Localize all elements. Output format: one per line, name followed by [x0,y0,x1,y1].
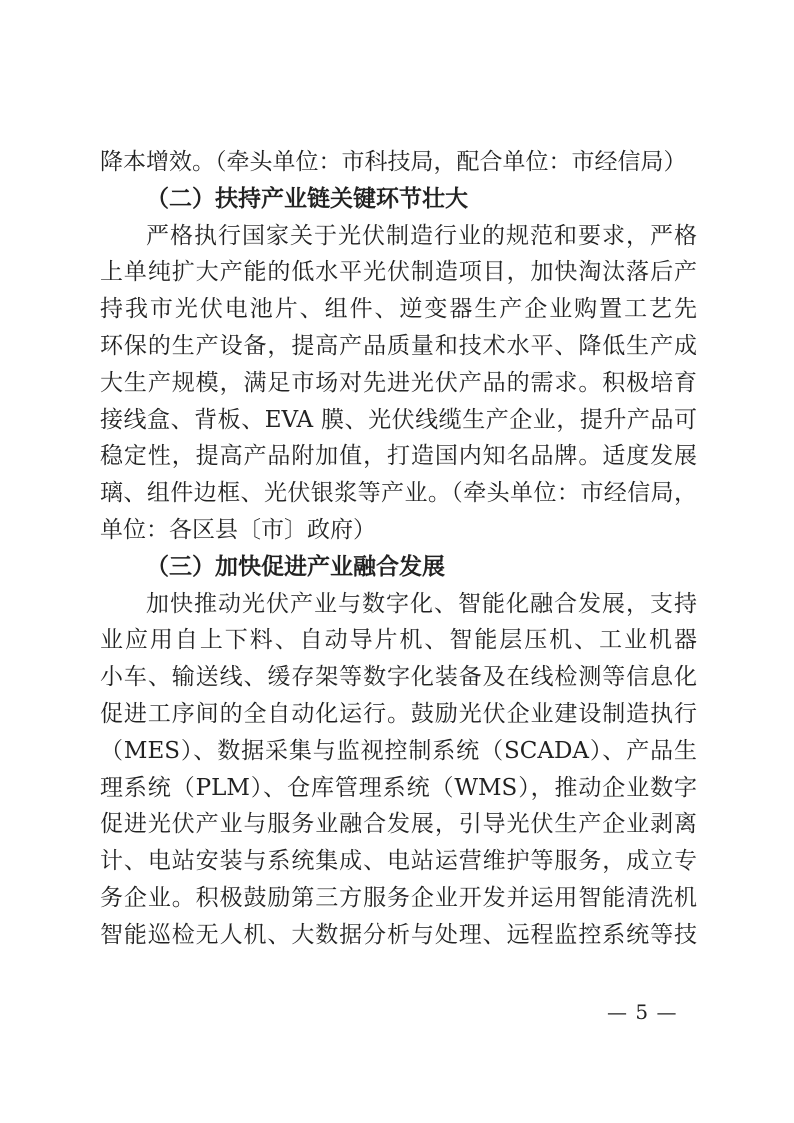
body-line: 璃、组件边框、光伏银浆等产业。（牵头单位：市经信局，配合 [100,475,697,512]
body-line: 小车、输送线、缓存架等数字化装备及在线检测等信息化技术， [100,659,697,696]
body-line: 促进光伏产业与服务业融合发展，引导光伏生产企业剥离产品设 [100,806,697,843]
body-line: 计、电站安装与系统集成、电站运营维护等服务，成立专业化服 [100,843,697,880]
body-line: 环保的生产设备，提高产品质量和技术水平、降低生产成本，扩 [100,328,697,365]
body-line: 降本增效。（牵头单位：市科技局，配合单位：市经信局） [100,144,697,181]
body-line: 促进工序间的全自动化运行。鼓励光伏企业建设制造执行系统 [100,696,697,733]
body-line: 理系统（PLM）、仓库管理系统（WMS），推动企业数字化建设。 [100,770,697,807]
section-heading: （二）扶持产业链关键环节壮大 [100,181,697,218]
page-number: — 5 — [607,1000,677,1024]
body-line: 严格执行国家关于光伏制造行业的规范和要求，严格控制新 [100,218,697,255]
document-page: 降本增效。（牵头单位：市科技局，配合单位：市经信局） （二）扶持产业链关键环节壮… [0,0,794,1123]
body-line: 大生产规模，满足市场对先进光伏产品的需求。积极培育和引进 [100,365,697,402]
body-line: 稳定性，提高产品附加值，打造国内知名品牌。适度发展光伏玻 [100,438,697,475]
body-line: 持我市光伏电池片、组件、逆变器生产企业购置工艺先进、节能 [100,291,697,328]
document-body: 降本增效。（牵头单位：市科技局，配合单位：市经信局） （二）扶持产业链关键环节壮… [100,144,697,954]
body-line: （MES）、数据采集与监视控制系统（SCADA）、产品生命周期管 [100,733,697,770]
body-line: 接线盒、背板、EVA 膜、光伏线缆生产企业，提升产品可靠性和 [100,402,697,439]
body-line: 务企业。积极鼓励第三方服务企业开发并运用智能清洗机器人、 [100,880,697,917]
body-line: 单位：各区县〔市〕政府） [100,512,697,549]
body-line: 加快推动光伏产业与数字化、智能化融合发展，支持光伏企 [100,586,697,623]
section-heading: （三）加快促进产业融合发展 [100,549,697,586]
body-line: 智能巡检无人机、大数据分析与处理、远程监控系统等技术产品， [100,917,697,954]
body-line: 上单纯扩大产能的低水平光伏制造项目，加快淘汰落后产能。支 [100,254,697,291]
body-line: 业应用自上下料、自动导片机、智能层压机、工业机器人、AGV [100,622,697,659]
